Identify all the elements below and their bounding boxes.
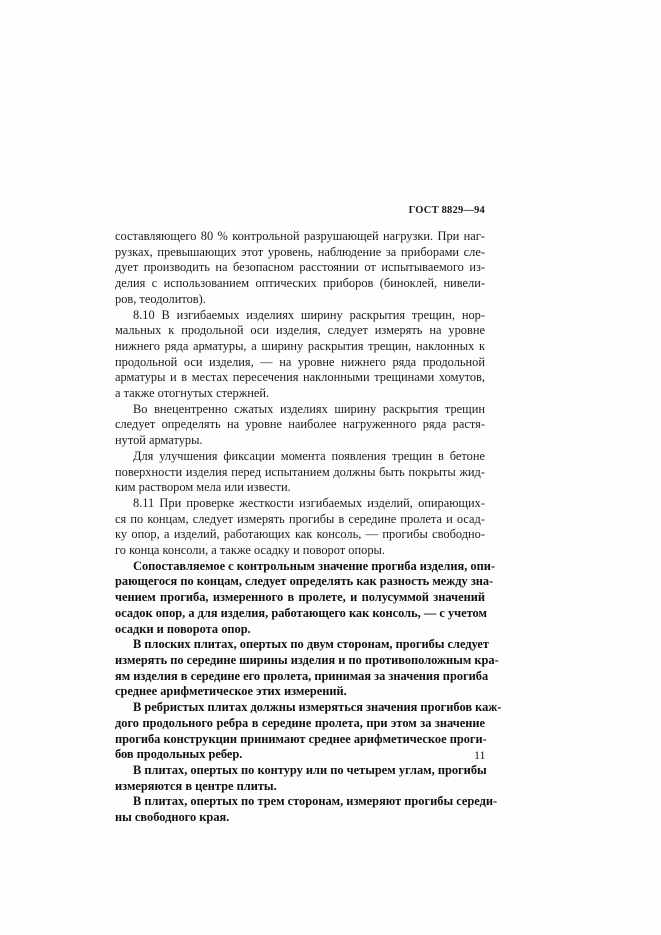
paragraph: составляющего 80 % контрольной разрушающ…: [115, 229, 485, 308]
text-line: 8.11 При проверке жесткости изгибаемых и…: [115, 496, 485, 512]
text-line: Для улучшения фиксации момента появления…: [115, 449, 485, 465]
text-line: ким раствором мела или извести.: [115, 480, 485, 496]
text-line: ся по концам, следует измерять прогибы в…: [115, 512, 485, 528]
text-line: составляющего 80 % контрольной разрушающ…: [115, 229, 485, 245]
text-line: нутой арматуры.: [115, 433, 485, 449]
text-line: ров, теодолитов).: [115, 292, 485, 308]
paragraph: В ребристых плитах должны измеряться зна…: [115, 700, 485, 763]
text-line: среднее арифметическое этих измерений.: [115, 684, 485, 700]
text-line: го конца консоли, а также осадку и повор…: [115, 543, 485, 559]
text-line: ку опор, а изделий, работающих как консо…: [115, 527, 485, 543]
paragraph: Для улучшения фиксации момента появления…: [115, 449, 485, 496]
text-line: чением прогиба, измеренного в пролете, и…: [115, 590, 485, 606]
document-page: ГОСТ 8829—94 составляющего 80 % контроль…: [0, 0, 661, 935]
body-text: составляющего 80 % контрольной разрушающ…: [115, 229, 485, 826]
text-line: прогиба конструкции принимают среднее ар…: [115, 732, 485, 748]
text-line: осадок опор, а для изделия, работающего …: [115, 606, 485, 622]
paragraph: В плитах, опертых по трем сторонам, изме…: [115, 794, 485, 825]
text-line: ям изделия в середине его пролета, прини…: [115, 669, 485, 685]
document-header-standard-id: ГОСТ 8829—94: [409, 205, 485, 216]
paragraph: В плитах, опертых по контуру или по четы…: [115, 763, 485, 794]
text-line: бов продольных ребер.: [115, 747, 485, 763]
text-line: Сопоставляемое с контрольным значение пр…: [115, 559, 485, 575]
text-line: продольной оси изделия, — на уровне нижн…: [115, 355, 485, 371]
text-line: измерять по середине ширины изделия и по…: [115, 653, 485, 669]
paragraph: Во внецентренно сжатых изделиях ширину р…: [115, 402, 485, 449]
text-line: Во внецентренно сжатых изделиях ширину р…: [115, 402, 485, 418]
text-line: 8.10 В изгибаемых изделиях ширину раскры…: [115, 308, 485, 324]
text-line: В плоских плитах, опертых по двум сторон…: [115, 637, 485, 653]
text-line: В плитах, опертых по контуру или по четы…: [115, 763, 485, 779]
paragraph: 8.10 В изгибаемых изделиях ширину раскры…: [115, 308, 485, 402]
text-line: поверхности изделия перед испытанием дол…: [115, 465, 485, 481]
text-line: рающегося по концам, следует определять …: [115, 574, 485, 590]
text-line: арматуры и в местах пересечения наклонны…: [115, 370, 485, 386]
paragraph: Сопоставляемое с контрольным значение пр…: [115, 559, 485, 638]
paragraph: В плоских плитах, опертых по двум сторон…: [115, 637, 485, 700]
text-line: рузках, превышающих этот уровень, наблюд…: [115, 245, 485, 261]
text-line: а также отогнутых стержней.: [115, 386, 485, 402]
text-line: В ребристых плитах должны измеряться зна…: [115, 700, 485, 716]
text-line: дого продольного ребра в середине пролет…: [115, 716, 485, 732]
text-line: дует производить на безопасном расстояни…: [115, 260, 485, 276]
text-line: мальных к продольной оси изделия, следуе…: [115, 323, 485, 339]
text-line: В плитах, опертых по трем сторонам, изме…: [115, 794, 485, 810]
text-line: ны свободного края.: [115, 810, 485, 826]
text-line: измеряются в центре плиты.: [115, 779, 485, 795]
text-line: осадки и поворота опор.: [115, 622, 485, 638]
text-line: делия с использованием оптических прибор…: [115, 276, 485, 292]
text-line: следует определять на уровне наиболее на…: [115, 417, 485, 433]
paragraph: 8.11 При проверке жесткости изгибаемых и…: [115, 496, 485, 559]
text-line: нижнего ряда арматуры, а ширину раскрыти…: [115, 339, 485, 355]
page-number: 11: [474, 748, 486, 763]
